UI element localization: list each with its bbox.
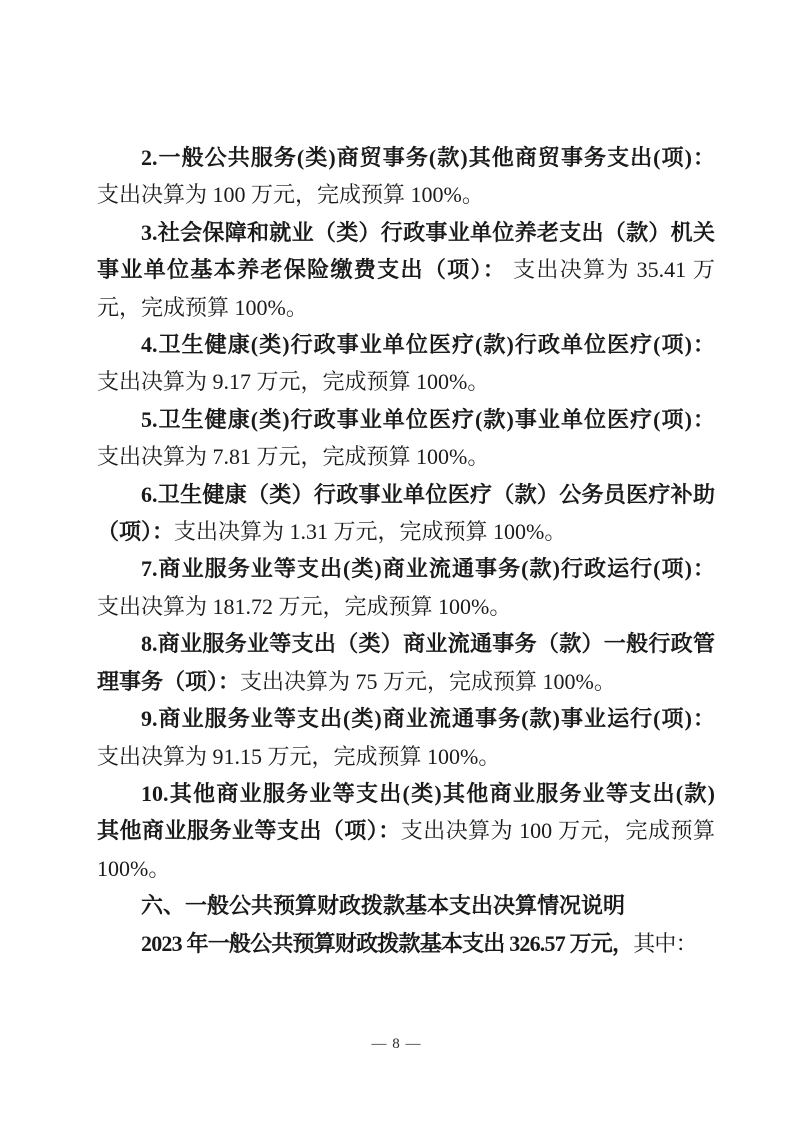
item-continuation: （项）：支出决算为 1.31 万元，完成预算 100%。	[97, 513, 715, 550]
item-value: 支出决算为 100 万元，完成预算 100%。	[97, 182, 484, 207]
item-label-rest: （项）：	[97, 519, 174, 544]
item-label-rest: 其他商业服务业等支出（项）：	[97, 818, 401, 843]
item-label-line1: 2.一般公共服务(类)商贸事务(款)其他商贸事务支出(项)：	[97, 139, 715, 176]
section-six-heading: 六、一般公共预算财政拨款基本支出决算情况说明	[97, 887, 715, 924]
item-continuation: 支出决算为 91.15 万元，完成预算 100%。	[97, 738, 715, 775]
item-continuation: 支出决算为 9.17 万元，完成预算 100%。	[97, 363, 715, 400]
item-continuation: 支出决算为 181.72 万元，完成预算 100%。	[97, 588, 715, 625]
item-value: 支出决算为 91.15 万元，完成预算 100%。	[97, 744, 500, 769]
budget-item-10: 10.其他商业服务业等支出(类)其他商业服务业等支出(款)其他商业服务业等支出（…	[97, 775, 715, 887]
document-page: 2.一般公共服务(类)商贸事务(款)其他商贸事务支出(项)：支出决算为 100 …	[0, 0, 793, 1122]
item-continuation: 事业单位基本养老保险缴费支出（项）： 支出决算为 35.41 万元，完成预算 1…	[97, 251, 715, 326]
budget-item-9: 9.商业服务业等支出(类)商业流通事务(款)事业运行(项)：支出决算为 91.1…	[97, 700, 715, 775]
closing-normal-text: 其中：	[633, 931, 697, 956]
item-continuation: 理事务（项）：支出决算为 75 万元，完成预算 100%。	[97, 663, 715, 700]
closing-bold-text: 2023 年一般公共预算财政拨款基本支出 326.57 万元，	[141, 931, 633, 956]
budget-item-8: 8.商业服务业等支出（类）商业流通事务（款）一般行政管理事务（项）：支出决算为 …	[97, 625, 715, 700]
item-label-line1: 9.商业服务业等支出(类)商业流通事务(款)事业运行(项)：	[97, 700, 715, 737]
item-label-line1: 4.卫生健康(类)行政事业单位医疗(款)行政单位医疗(项)：	[97, 326, 715, 363]
budget-item-7: 7.商业服务业等支出(类)商业流通事务(款)行政运行(项)：支出决算为 181.…	[97, 550, 715, 625]
budget-item-6: 6.卫生健康（类）行政事业单位医疗（款）公务员医疗补助（项）：支出决算为 1.3…	[97, 476, 715, 551]
item-continuation: 支出决算为 100 万元，完成预算 100%。	[97, 176, 715, 213]
document-body: 2.一般公共服务(类)商贸事务(款)其他商贸事务支出(项)：支出决算为 100 …	[97, 139, 715, 962]
page-number: — 8 —	[0, 1036, 793, 1053]
budget-item-2: 2.一般公共服务(类)商贸事务(款)其他商贸事务支出(项)：支出决算为 100 …	[97, 139, 715, 214]
item-value: 支出决算为 181.72 万元，完成预算 100%。	[97, 594, 511, 619]
budget-item-5: 5.卫生健康(类)行政事业单位医疗(款)事业单位医疗(项)：支出决算为 7.81…	[97, 401, 715, 476]
item-label-line1: 5.卫生健康(类)行政事业单位医疗(款)事业单位医疗(项)：	[97, 401, 715, 438]
budget-item-4: 4.卫生健康(类)行政事业单位医疗(款)行政单位医疗(项)：支出决算为 9.17…	[97, 326, 715, 401]
item-label-line1: 3.社会保障和就业（类）行政事业单位养老支出（款）机关	[97, 214, 715, 251]
item-continuation: 其他商业服务业等支出（项）：支出决算为 100 万元，完成预算 100%。	[97, 812, 715, 887]
item-label-line1: 8.商业服务业等支出（类）商业流通事务（款）一般行政管	[97, 625, 715, 662]
item-label-rest: 事业单位基本养老保险缴费支出（项）：	[97, 257, 506, 282]
item-value: 支出决算为 7.81 万元，完成预算 100%。	[97, 444, 489, 469]
closing-paragraph: 2023 年一般公共预算财政拨款基本支出 326.57 万元，其中：	[97, 925, 715, 962]
item-value: 支出决算为 1.31 万元，完成预算 100%。	[174, 519, 566, 544]
item-value: 支出决算为 75 万元，完成预算 100%。	[240, 669, 616, 694]
item-label-line1: 6.卫生健康（类）行政事业单位医疗（款）公务员医疗补助	[97, 476, 715, 513]
item-label-line1: 7.商业服务业等支出(类)商业流通事务(款)行政运行(项)：	[97, 550, 715, 587]
budget-item-3: 3.社会保障和就业（类）行政事业单位养老支出（款）机关事业单位基本养老保险缴费支…	[97, 214, 715, 326]
item-continuation: 支出决算为 7.81 万元，完成预算 100%。	[97, 438, 715, 475]
item-label-line1: 10.其他商业服务业等支出(类)其他商业服务业等支出(款)	[97, 775, 715, 812]
item-label-rest: 理事务（项）：	[97, 669, 240, 694]
item-value: 支出决算为 9.17 万元，完成预算 100%。	[97, 369, 489, 394]
